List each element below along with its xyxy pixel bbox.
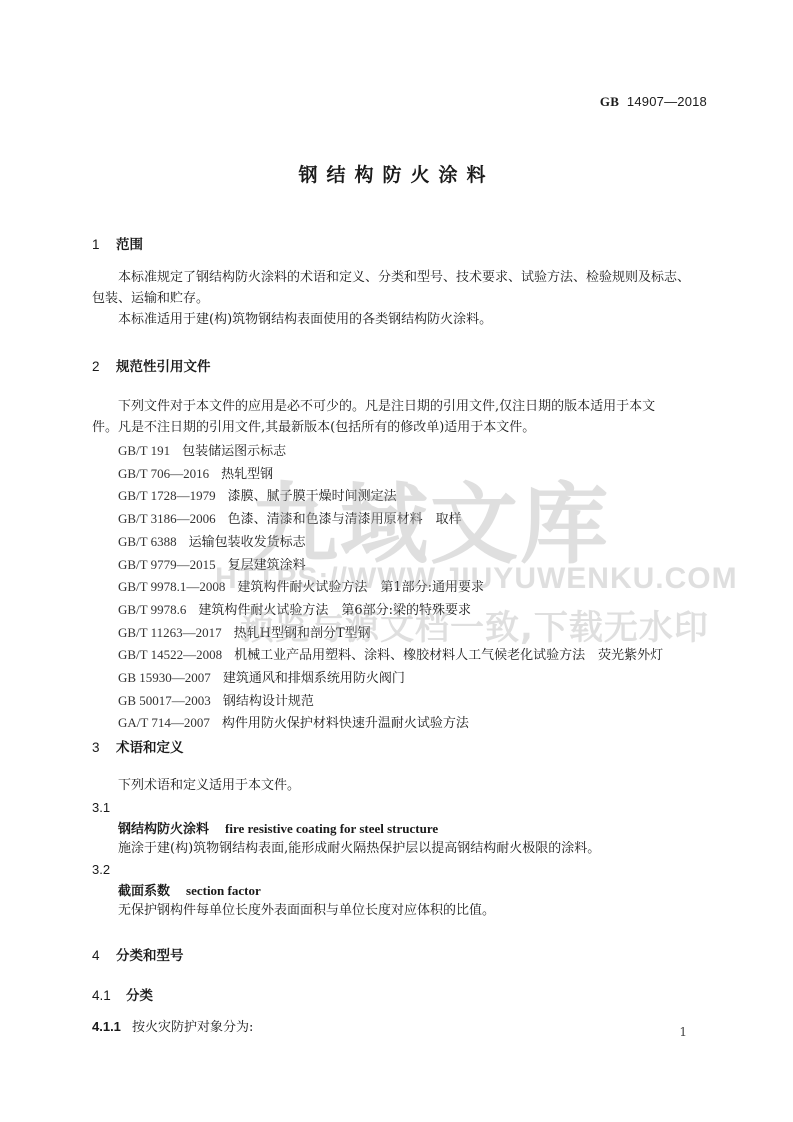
- section-title: 规范性引用文件: [116, 359, 211, 375]
- terms-intro: 下列术语和定义适用于本文件。: [118, 775, 300, 796]
- reference-item: GB/T 6388运输包装收发货标志: [118, 531, 663, 554]
- paragraph-line: 本标准规定了钢结构防火涂料的术语和定义、分类和型号、技术要求、试验方法、检验规则…: [92, 267, 690, 288]
- subsection-heading-4-1: 4.1分类: [92, 984, 153, 1004]
- reference-title: 构件用防火保护材料快速升温耐火试验方法: [222, 716, 469, 731]
- reference-item: GB 15930—2007建筑通风和排烟系统用防火阀门: [118, 667, 663, 690]
- term-number: 3.2: [92, 859, 110, 880]
- reference-code: GB/T 1728—1979: [118, 488, 216, 503]
- reference-code: GB/T 6388: [118, 534, 177, 549]
- reference-code: GB/T 706—2016: [118, 466, 209, 481]
- reference-item: GA/T 714—2007构件用防火保护材料快速升温耐火试验方法: [118, 712, 663, 735]
- standard-code: GB 14907—2018: [600, 94, 707, 110]
- reference-code: GB 15930—2007: [118, 670, 211, 685]
- term-heading: 钢结构防火涂料fire resistive coating for steel …: [118, 818, 438, 837]
- reference-title: 包装储运图示标志: [182, 444, 286, 459]
- reference-code: GB/T 11263—2017: [118, 625, 222, 640]
- section-number: 1: [92, 237, 116, 252]
- document-title: 钢结构防火涂料: [0, 160, 793, 187]
- reference-item: GB 50017—2003钢结构设计规范: [118, 690, 663, 713]
- reference-title: 色漆、清漆和色漆与清漆用原材料 取样: [228, 512, 462, 527]
- reference-title: 建筑构件耐火试验方法 第1部分:通用要求: [237, 580, 484, 595]
- reference-list: GB/T 191包装储运图示标志 GB/T 706—2016热轧型钢 GB/T …: [118, 440, 663, 735]
- reference-code: GB/T 3186—2006: [118, 511, 216, 526]
- reference-item: GB/T 9978.6建筑构件耐火试验方法 第6部分:梁的特殊要求: [118, 599, 663, 622]
- standard-number: 14907—2018: [627, 94, 707, 109]
- section-title: 分类和型号: [116, 948, 184, 964]
- reference-item: GB/T 11263—2017热轧H型钢和剖分T型钢: [118, 622, 663, 645]
- page-number: 1: [679, 1025, 687, 1039]
- reference-item: GB/T 1728—1979漆膜、腻子膜干燥时间测定法: [118, 485, 663, 508]
- term-en: fire resistive coating for steel structu…: [225, 821, 438, 836]
- reference-title: 运输包装收发货标志: [189, 535, 306, 550]
- reference-code: GA/T 714—2007: [118, 715, 210, 730]
- reference-title: 复层建筑涂料: [228, 558, 306, 573]
- reference-title: 热轧型钢: [221, 467, 273, 482]
- section-number: 2: [92, 359, 116, 374]
- paragraph-line: 本标准适用于建(构)筑物钢结构表面使用的各类钢结构防火涂料。: [92, 309, 690, 330]
- reference-code: GB 50017—2003: [118, 693, 211, 708]
- reference-title: 漆膜、腻子膜干燥时间测定法: [228, 489, 397, 504]
- subsection-title: 分类: [126, 988, 153, 1004]
- reference-item: GB/T 9779—2015复层建筑涂料: [118, 554, 663, 577]
- reference-code: GB/T 191: [118, 443, 170, 458]
- reference-item: GB/T 9978.1—2008建筑构件耐火试验方法 第1部分:通用要求: [118, 576, 663, 599]
- section-heading-1: 1范围: [92, 233, 143, 253]
- reference-code: GB/T 9978.1—2008: [118, 579, 225, 594]
- reference-item: GB/T 14522—2008机械工业产品用塑料、涂料、橡胶材料人工气候老化试验…: [118, 644, 663, 667]
- section-heading-2: 2规范性引用文件: [92, 355, 211, 375]
- clause-4-1-1: 4.1.1按火灾防护对象分为:: [92, 1016, 253, 1038]
- section-number: 4: [92, 948, 116, 963]
- paragraph-line: 包装、运输和贮存。: [92, 288, 690, 309]
- reference-title: 建筑通风和排烟系统用防火阀门: [223, 671, 405, 686]
- reference-title: 热轧H型钢和剖分T型钢: [234, 626, 371, 641]
- clause-number: 4.1.1: [92, 1016, 132, 1037]
- section-title: 范围: [116, 237, 143, 253]
- reference-item: GB/T 706—2016热轧型钢: [118, 463, 663, 486]
- paragraph-line: 下列文件对于本文件的应用是必不可少的。凡是注日期的引用文件,仅注日期的版本适用于…: [92, 396, 655, 417]
- reference-code: GB/T 9779—2015: [118, 557, 216, 572]
- reference-item: GB/T 191包装储运图示标志: [118, 440, 663, 463]
- term-zh: 截面系数: [118, 884, 170, 899]
- reference-title: 建筑构件耐火试验方法 第6部分:梁的特殊要求: [198, 603, 471, 618]
- section-number: 3: [92, 740, 116, 755]
- term-zh: 钢结构防火涂料: [118, 822, 209, 837]
- term-definition: 无保护钢构件每单位长度外表面面积与单位长度对应体积的比值。: [118, 900, 495, 921]
- clause-text: 按火灾防护对象分为:: [132, 1020, 253, 1035]
- section-heading-3: 3术语和定义: [92, 736, 184, 756]
- term-en: section factor: [186, 883, 261, 898]
- normative-intro: 下列文件对于本文件的应用是必不可少的。凡是注日期的引用文件,仅注日期的版本适用于…: [92, 396, 655, 438]
- reference-code: GB/T 14522—2008: [118, 647, 222, 662]
- paragraph-line: 件。凡是不注日期的引用文件,其最新版本(包括所有的修改单)适用于本文件。: [92, 417, 655, 438]
- scope-paragraph: 本标准规定了钢结构防火涂料的术语和定义、分类和型号、技术要求、试验方法、检验规则…: [92, 267, 690, 330]
- reference-title: 钢结构设计规范: [223, 694, 314, 709]
- section-heading-4: 4分类和型号: [92, 944, 184, 964]
- reference-title: 机械工业产品用塑料、涂料、橡胶材料人工气候老化试验方法 荧光紫外灯: [234, 648, 663, 663]
- reference-item: GB/T 3186—2006色漆、清漆和色漆与清漆用原材料 取样: [118, 508, 663, 531]
- reference-code: GB/T 9978.6: [118, 602, 186, 617]
- standard-prefix: GB: [600, 94, 619, 109]
- subsection-number: 4.1: [92, 988, 126, 1003]
- section-title: 术语和定义: [116, 740, 184, 756]
- term-definition: 施涂于建(构)筑物钢结构表面,能形成耐火隔热保护层以提高钢结构耐火极限的涂料。: [118, 838, 600, 859]
- document-page: GB 14907—2018 钢结构防火涂料 1范围 本标准规定了钢结构防火涂料的…: [0, 0, 793, 1122]
- term-number: 3.1: [92, 797, 110, 818]
- term-heading: 截面系数section factor: [118, 880, 261, 899]
